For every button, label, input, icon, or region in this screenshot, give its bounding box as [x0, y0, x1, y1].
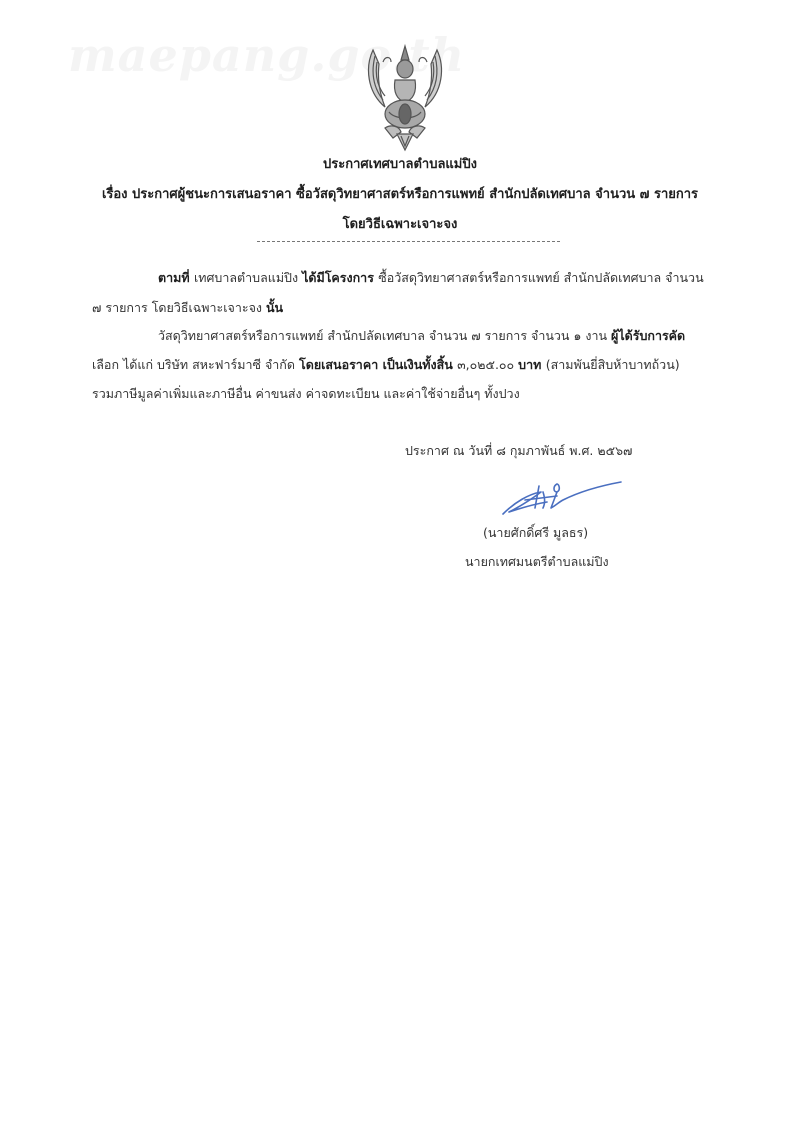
text-bold: โดยเสนอราคา [299, 357, 383, 372]
text-bold: ได้มีโครงการ [302, 270, 378, 285]
amount-in-words: (สามพันยี่สิบห้าบาทถ้วน) [546, 357, 680, 372]
signer-name: (นายศักดิ์ศรี มูลธร) [483, 523, 588, 543]
dashed-divider [257, 241, 560, 242]
signature-icon [495, 478, 625, 518]
text-bold: เป็นเงินทั้งสิ้น [383, 357, 458, 372]
text-bold: ตามที่ [158, 270, 194, 285]
text: รวมภาษีมูลค่าเพิ่มและภาษีอื่น ค่าขนส่ง ค… [92, 386, 520, 401]
paragraph-2-line-1: วัสดุวิทยาศาสตร์หรือการแพทย์ สำนักปลัดเท… [158, 326, 685, 346]
announce-date: ประกาศ ณ วันที่ ๘ กุมภาพันธ์ พ.ศ. ๒๕๖๗ [405, 441, 632, 461]
text: เทศบาลตำบลแม่ปิง [194, 270, 302, 285]
text: เลือก ได้แก่ บริษัท สหะฟาร์มาซี จำกัด [92, 357, 299, 372]
amount: ๓,๐๒๕.๐๐ [457, 357, 518, 372]
text: วัสดุวิทยาศาสตร์หรือการแพทย์ สำนักปลัดเท… [158, 328, 611, 343]
garuda-emblem-icon [355, 42, 455, 152]
text-bold: ผู้ได้รับการคัด [611, 328, 685, 343]
text: ซื้อวัสดุวิทยาศาสตร์หรือการแพทย์ สำนักปล… [378, 270, 703, 285]
subject-line: เรื่อง ประกาศผู้ชนะการเสนอราคา ซื้อวัสดุ… [0, 183, 800, 204]
subject-line-continued: โดยวิธีเฉพาะเจาะจง [0, 213, 800, 234]
text: ๗ รายการ โดยวิธีเฉพาะเจาะจง [92, 300, 266, 315]
document-title: ประกาศเทศบาลตำบลแม่ปิง [0, 153, 800, 174]
text-bold: บาท [518, 357, 546, 372]
paragraph-1-line-2: ๗ รายการ โดยวิธีเฉพาะเจาะจง นั้น [92, 298, 283, 318]
paragraph-2-line-3: รวมภาษีมูลค่าเพิ่มและภาษีอื่น ค่าขนส่ง ค… [92, 384, 520, 404]
text-bold: นั้น [266, 300, 283, 315]
signer-title: นายกเทศมนตรีตำบลแม่ปิง [465, 552, 609, 572]
paragraph-2-line-2: เลือก ได้แก่ บริษัท สหะฟาร์มาซี จำกัด โด… [92, 355, 680, 375]
paragraph-1-line-1: ตามที่ เทศบาลตำบลแม่ปิง ได้มีโครงการ ซื้… [158, 268, 704, 288]
